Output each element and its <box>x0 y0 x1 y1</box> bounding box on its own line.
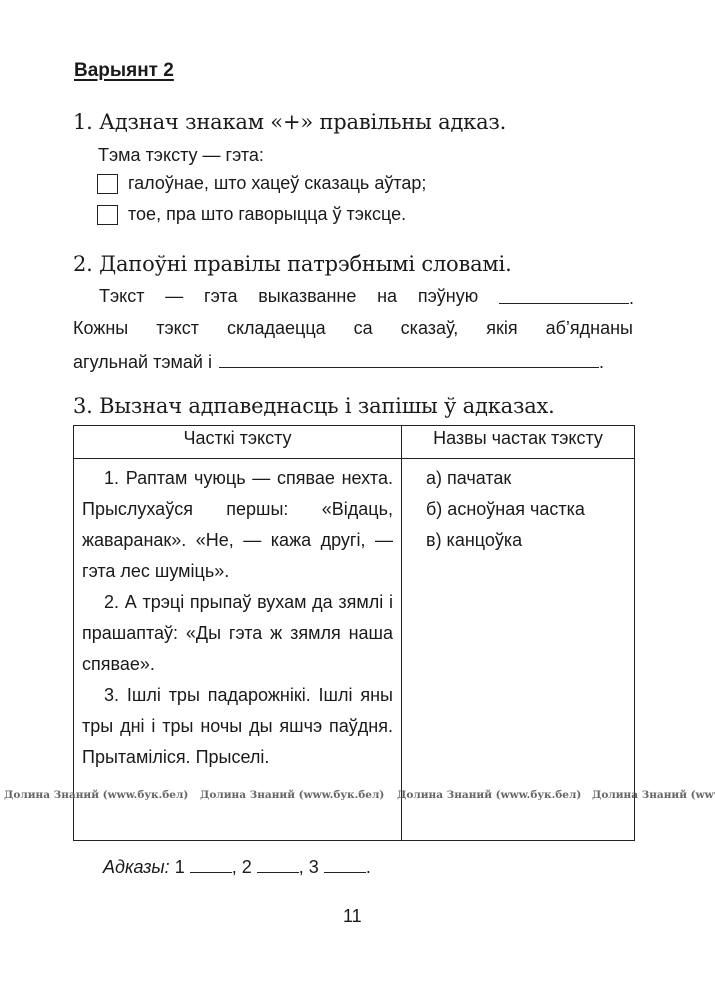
word: Кожны <box>73 318 128 339</box>
word: Тэкст <box>99 286 145 309</box>
line3-start: агульнай тэмай і <box>73 352 212 372</box>
task2-rule-line-3: агульнай тэмай і . <box>73 350 604 373</box>
task2-blank-2[interactable] <box>219 350 599 368</box>
watermark: Долина Знаний (www.бук.бел) <box>592 789 715 801</box>
word: якія <box>486 318 517 339</box>
answer-1-blank[interactable] <box>190 855 232 873</box>
word: сказаў, <box>401 318 459 339</box>
task2-title: 2. Дапоўні правілы патрэбнымі словамі. <box>73 252 512 276</box>
task2-blank-1-wrap: . <box>499 286 634 309</box>
word: аб’яднаны <box>546 318 633 339</box>
watermark: Долина Знаний (www.бук.бел) <box>397 789 581 801</box>
word: гэта <box>204 286 237 309</box>
page-number: 11 <box>343 906 362 927</box>
answer-2-num: 2 <box>242 857 252 877</box>
text-parts-cell: 1. Раптам чуюць — спявае нехта. Прыслуха… <box>74 459 402 841</box>
answer-3-num: 3 <box>309 857 319 877</box>
task2-blank-1[interactable] <box>499 286 629 304</box>
text-part-1: 1. Раптам чуюць — спявае нехта. Прыслуха… <box>82 463 393 587</box>
watermark: Долина Знаний (www.бук.бел) <box>4 789 188 801</box>
variant-title: Варыянт 2 <box>74 60 174 82</box>
word: пэўную <box>418 286 478 309</box>
answers-line: Адказы: 1 , 2 , 3 . <box>103 855 371 878</box>
answer-1-num: 1 <box>175 857 185 877</box>
word: тэкст <box>156 318 199 339</box>
table-header-row: Часткі тэксту Назвы частак тэксту <box>74 426 635 459</box>
period: . <box>366 857 371 877</box>
task3-title: 3. Вызнач адпаведнасць і запішы ў адказа… <box>73 394 555 418</box>
part-name-c: в) канцоўка <box>426 525 634 556</box>
word: складаецца <box>227 318 326 339</box>
answer-3-blank[interactable] <box>324 855 366 873</box>
text-part-3: 3. Ішлі тры падарожнікі. Ішлі яны тры дн… <box>82 680 393 773</box>
text-part-2: 2. А трэці прыпаў вухам да зямлі і праша… <box>82 587 393 680</box>
word: выказванне <box>258 286 356 309</box>
word: са <box>354 318 373 339</box>
answers-label: Адказы: <box>103 857 170 877</box>
task1-option-2-checkbox[interactable] <box>97 205 118 225</box>
part-names-cell: а) пачатак б) асноўная частка в) канцоўк… <box>402 459 635 841</box>
part-name-a: а) пачатак <box>426 463 634 494</box>
part-name-b: б) асноўная частка <box>426 494 634 525</box>
task2-rule-line-1: Тэкст — гэта выказванне на пэўную . <box>99 286 634 309</box>
task1-option-1-label: галоўнае, што хацеў сказаць аўтар; <box>128 173 426 194</box>
word: — <box>165 286 183 309</box>
header-text-parts: Часткі тэксту <box>74 426 402 459</box>
answer-2-blank[interactable] <box>257 855 299 873</box>
watermark: Долина Знаний (www.бук.бел) <box>200 789 384 801</box>
matching-table: Часткі тэксту Назвы частак тэксту 1. Рап… <box>73 425 635 841</box>
task2-rule-line-2: Кожны тэкст складаецца са сказаў, якія а… <box>73 318 633 339</box>
task1-prompt: Тэма тэксту — гэта: <box>98 145 264 166</box>
period: . <box>599 352 604 372</box>
header-part-names: Назвы частак тэксту <box>402 426 635 459</box>
table-row: 1. Раптам чуюць — спявае нехта. Прыслуха… <box>74 459 635 841</box>
task1-option-1-checkbox[interactable] <box>97 174 118 194</box>
word: на <box>377 286 397 309</box>
task1-option-2-label: тое, пра што гаворыцца ў тэксце. <box>128 204 406 225</box>
task1-title: 1. Адзнач знакам «+» правільны адказ. <box>73 110 506 134</box>
period: . <box>629 288 634 308</box>
